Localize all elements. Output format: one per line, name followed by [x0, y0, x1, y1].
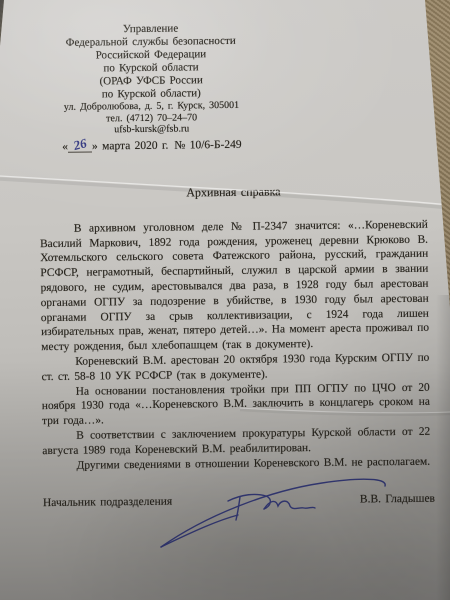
document-content: Управление Федеральной службы безопаснос…	[0, 0, 450, 600]
body-paragraph: Кореневский В.М. арестован 20 октября 19…	[41, 351, 429, 385]
signature-block: Начальник подразделения В.В. Гладышев	[43, 493, 435, 509]
letterhead: Управление Федеральной службы безопаснос…	[20, 21, 283, 155]
document-body: В архивном уголовном деле № П-2347 значи…	[40, 217, 431, 473]
body-paragraph: В архивном уголовном деле № П-2347 значи…	[40, 217, 429, 355]
date-text: марта 2020 г.	[98, 139, 169, 152]
handwritten-day: 26	[68, 140, 92, 152]
document-photo: Управление Федеральной службы безопаснос…	[0, 0, 450, 600]
date-line: «26» марта 2020 г.№ 10/6-Б-249	[21, 137, 283, 155]
document-number: № 10/6-Б-249	[174, 139, 241, 152]
paper-sheet: Управление Федеральной службы безопаснос…	[0, 0, 450, 600]
signer-position: Начальник подразделения	[43, 496, 172, 509]
letterhead-email: ufsb-kursk@fsb.ru	[21, 123, 283, 138]
body-paragraph: На основании постановления тройки при ПП…	[42, 380, 430, 429]
body-paragraph: В соответствии с заключением прокуратуры…	[42, 425, 430, 459]
document-title: Архивная справка	[0, 182, 450, 202]
signer-name: В.В. Гладышев	[360, 493, 435, 506]
